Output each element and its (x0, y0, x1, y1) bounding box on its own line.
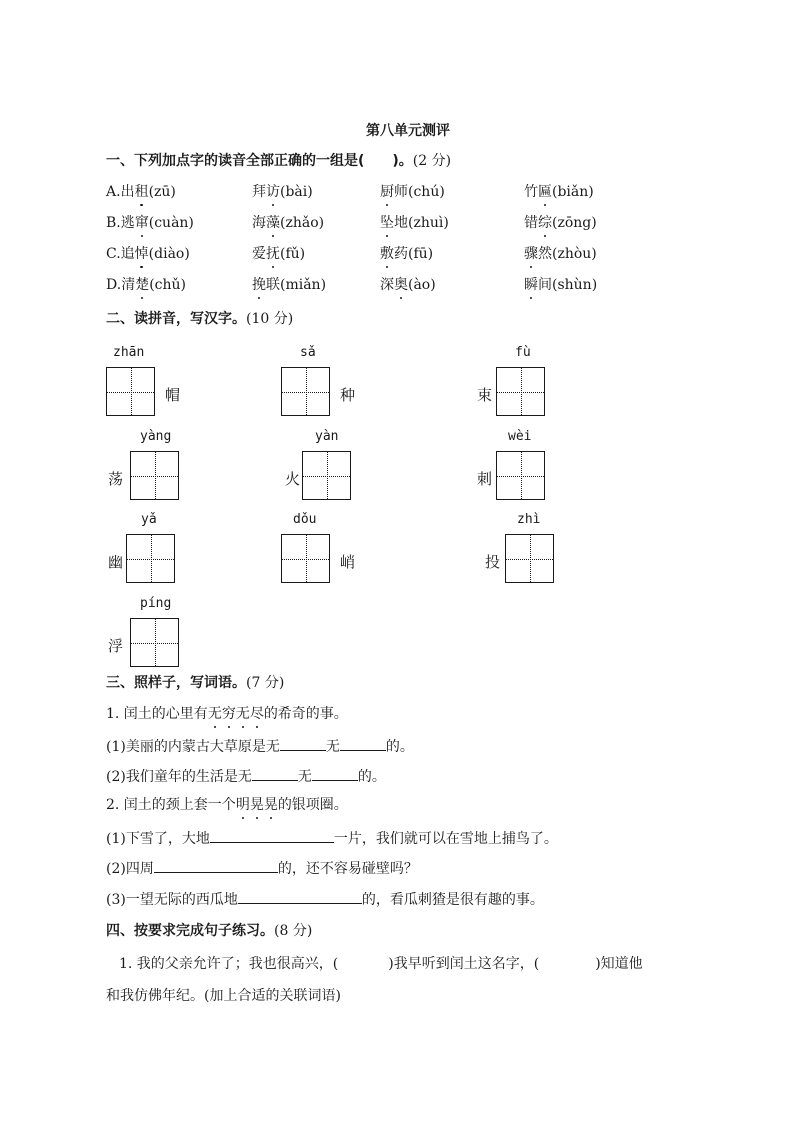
word-pre: 追 (121, 246, 135, 262)
pinyin-reading: (zū) (149, 184, 176, 200)
question-text: 的。 (358, 769, 386, 785)
writing-grid-box[interactable] (505, 534, 554, 583)
word-post: 地 (394, 215, 408, 231)
answer-blank[interactable] (238, 889, 362, 904)
dotted-character: 尽 (250, 703, 264, 723)
option-label: D. (106, 277, 121, 293)
given-character: 种 (340, 384, 355, 405)
dotted-character: 厨 (380, 181, 394, 201)
given-character: 幽 (108, 551, 123, 572)
given-character: 投 (485, 551, 500, 572)
option-b-word: 错综(zōng) (524, 212, 597, 232)
dotted-character: 抚 (266, 243, 280, 263)
pinyin-reading: (chǔ) (149, 277, 186, 293)
question-row: 1. 我的父亲允许了；我也很高兴，()我早听到闰土这名字，()知道他 (119, 953, 643, 973)
given-character: 火 (285, 468, 300, 489)
dotted-character: 无 (208, 703, 222, 723)
given-character: 荡 (108, 468, 123, 489)
dotted-character: 坠 (380, 212, 394, 232)
dotted-character: 匾 (538, 181, 552, 201)
word-pre: 错 (524, 215, 538, 231)
pinyin-reading: (zōng) (552, 215, 597, 231)
section1-heading-text: 一、下列加点字的读音全部正确的一组是( )。 (106, 153, 413, 169)
pinyin-label: yàng (140, 429, 171, 444)
option-label: B. (106, 215, 121, 231)
page-title: 第八单元测评 (366, 120, 450, 140)
dotted-character: 访 (266, 181, 280, 201)
pinyin-reading: (zhǎo) (280, 215, 324, 231)
writing-grid-box[interactable] (106, 367, 155, 416)
word-pre: 逃 (121, 215, 135, 231)
example-text: 的希奇的事。 (264, 706, 348, 722)
pinyin-reading: (cuàn) (149, 215, 194, 231)
pinyin-reading: (zhòu) (552, 246, 597, 262)
word-post: 联 (266, 277, 280, 293)
option-c-word: C.追悼(diào) (106, 243, 190, 263)
question-row: (1)美丽的内蒙古大草原是无无的。 (106, 736, 414, 756)
question-text: 的，还不容易碰壁吗？ (278, 861, 418, 877)
section2-heading-text: 二、读拼音，写汉字。 (106, 311, 246, 327)
dotted-character: 晃 (264, 794, 278, 814)
writing-grid-box[interactable] (302, 451, 351, 500)
section4-heading: 四、按要求完成句子练习。(8 分) (106, 920, 312, 940)
section1-heading: 一、下列加点字的读音全部正确的一组是( )。(2 分) (106, 150, 451, 170)
dotted-example-word: 明晃晃 (236, 797, 278, 813)
section2-heading: 二、读拼音，写汉字。(10 分) (106, 308, 293, 328)
dotted-character: 骤 (524, 243, 538, 263)
dotted-character: 明 (236, 794, 250, 814)
pinyin-label: sǎ (300, 345, 316, 360)
section1-score: (2 分) (413, 153, 451, 169)
pinyin-label: zhān (113, 345, 144, 360)
pinyin-reading: (chú) (408, 184, 445, 200)
word-pre: 拜 (252, 184, 266, 200)
pinyin-reading: (biǎn) (552, 184, 594, 200)
answer-blank[interactable] (252, 766, 298, 781)
word-pre: 清 (121, 277, 135, 293)
given-character: 束 (477, 384, 492, 405)
option-b-word: 海藻(zhǎo) (252, 212, 324, 232)
writing-grid-box[interactable] (130, 451, 179, 500)
section2-score: (10 分) (246, 311, 293, 327)
question-text: 无 (326, 739, 340, 755)
section3-heading: 三、照样子，写词语。(7 分) (106, 672, 284, 692)
word-post: 药 (394, 246, 408, 262)
dotted-character: 敷 (380, 243, 394, 263)
pinyin-reading: (shùn) (552, 277, 597, 293)
word-post: 然 (538, 246, 552, 262)
dotted-character: 楚 (135, 274, 149, 294)
option-a-word: 厨师(chú) (380, 181, 445, 201)
dotted-character: 综 (538, 212, 552, 232)
dotted-character: 瞬 (524, 274, 538, 294)
option-a-word: A.出租(zū) (106, 181, 176, 201)
question-row: (2)我们童年的生活是无无的。 (106, 766, 386, 786)
option-a-word: 拜访(bài) (252, 181, 313, 201)
section3-score: (7 分) (246, 675, 284, 691)
pinyin-label: yàn (315, 429, 338, 444)
pinyin-reading: (zhuì) (408, 215, 449, 231)
dotted-character: 无 (236, 703, 250, 723)
question-row-continued: 和我仿佛年纪。(加上合适的关联词语) (106, 985, 341, 1005)
question-row: (2)四周的，还不容易碰壁吗？ (106, 858, 418, 878)
question-text: )我早听到闰土这名字，( (388, 956, 539, 972)
word-pre: 深 (380, 277, 394, 293)
question-text: (2)四周 (106, 861, 154, 877)
question-text: 的，看瓜刺猹是很有趣的事。 (362, 892, 544, 908)
given-character: 峭 (340, 551, 355, 572)
writing-grid-box[interactable] (126, 534, 175, 583)
example-text: 的银项圈。 (278, 797, 348, 813)
writing-grid-box[interactable] (130, 618, 179, 667)
pinyin-label: dǒu (293, 512, 316, 527)
option-label: C. (106, 246, 121, 262)
word-post: 师 (394, 184, 408, 200)
question-text: (1)下雪了，大地 (106, 831, 210, 847)
question-row: (3)一望无际的西瓜地的，看瓜刺猹是很有趣的事。 (106, 889, 544, 909)
pinyin-label: zhì (517, 512, 540, 527)
option-label: A. (106, 184, 121, 200)
pinyin-label: píng (140, 596, 171, 611)
answer-blank[interactable] (210, 828, 334, 843)
dotted-character: 奥 (394, 274, 408, 294)
answer-blank[interactable] (312, 766, 358, 781)
option-d-word: 挽联(miǎn) (252, 274, 326, 294)
writing-grid-box[interactable] (496, 367, 545, 416)
word-pre: 海 (252, 215, 266, 231)
question-text: (1)美丽的内蒙古大草原是无 (106, 739, 280, 755)
dotted-character: 晃 (250, 794, 264, 814)
question-row: (1)下雪了，大地一片，我们就可以在雪地上捕鸟了。 (106, 828, 558, 848)
word-pre: 竹 (524, 184, 538, 200)
dotted-character: 藻 (266, 212, 280, 232)
pinyin-label: yǎ (141, 512, 157, 527)
option-d-word: D.清楚(chǔ) (106, 274, 186, 294)
pinyin-reading: (fū) (408, 246, 433, 262)
writing-grid-box[interactable] (496, 451, 545, 500)
answer-blank[interactable] (340, 736, 386, 751)
section4-score: (8 分) (274, 923, 312, 939)
answer-blank[interactable] (154, 858, 278, 873)
writing-grid-box[interactable] (281, 367, 330, 416)
given-character: 帽 (165, 384, 180, 405)
example-text: 2. 闰土的颈上套一个 (106, 797, 236, 813)
answer-blank[interactable] (280, 736, 326, 751)
dotted-character: 悼 (135, 243, 149, 263)
pinyin-reading: (ào) (408, 277, 436, 293)
example-sentence-1: 1. 闰土的心里有无穷无尽的希奇的事。 (106, 703, 348, 723)
option-c-word: 骤然(zhòu) (524, 243, 597, 263)
pinyin-reading: (miǎn) (280, 277, 326, 293)
section3-heading-text: 三、照样子，写词语。 (106, 675, 246, 691)
pinyin-reading: (diào) (149, 246, 190, 262)
section4-heading-text: 四、按要求完成句子练习。 (106, 923, 274, 939)
question-text: 的。 (386, 739, 414, 755)
dotted-character: 窜 (135, 212, 149, 232)
pinyin-label: fù (515, 345, 531, 360)
option-a-word: 竹匾(biǎn) (524, 181, 594, 201)
dotted-character: 租 (135, 181, 149, 201)
dotted-character: 挽 (252, 274, 266, 294)
question-text: 一片，我们就可以在雪地上捕鸟了。 (334, 831, 558, 847)
given-character: 浮 (108, 635, 123, 656)
word-pre: 出 (121, 184, 135, 200)
word-pre: 爱 (252, 246, 266, 262)
dotted-character: 穷 (222, 703, 236, 723)
option-c-word: 敷药(fū) (380, 243, 433, 263)
option-c-word: 爱抚(fǔ) (252, 243, 305, 263)
example-sentence-2: 2. 闰土的颈上套一个明晃晃的银项圈。 (106, 794, 348, 814)
question-text: (2)我们童年的生活是无 (106, 769, 252, 785)
question-text: )知道他 (595, 956, 642, 972)
question-text: 1. 我的父亲允许了；我也很高兴，( (119, 956, 338, 972)
example-text: 1. 闰土的心里有 (106, 706, 208, 722)
option-b-word: 坠地(zhuì) (380, 212, 449, 232)
dotted-example-word: 无穷无尽 (208, 706, 264, 722)
question-text: (3)一望无际的西瓜地 (106, 892, 238, 908)
option-d-word: 深奥(ào) (380, 274, 436, 294)
writing-grid-box[interactable] (281, 534, 330, 583)
word-post: 间 (538, 277, 552, 293)
option-d-word: 瞬间(shùn) (524, 274, 597, 294)
pinyin-reading: (bài) (280, 184, 313, 200)
option-b-word: B.逃窜(cuàn) (106, 212, 194, 232)
pinyin-reading: (fǔ) (280, 246, 305, 262)
given-character: 刺 (477, 468, 492, 489)
pinyin-label: wèi (508, 429, 531, 444)
question-text: 无 (298, 769, 312, 785)
